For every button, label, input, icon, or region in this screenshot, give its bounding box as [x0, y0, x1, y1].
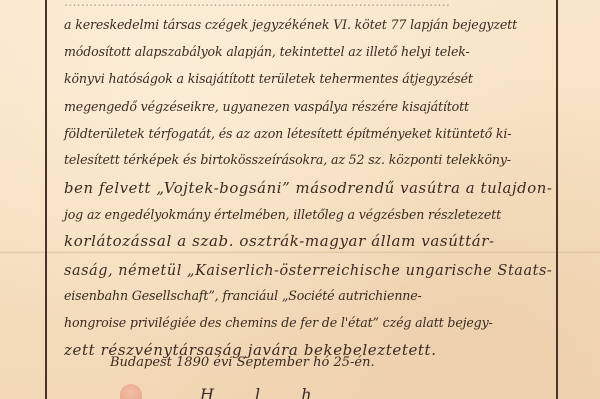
- wax-seal-fragment: [120, 384, 142, 399]
- handwritten-line: …………………………………………………………………………………: [64, 0, 552, 9]
- handwritten-line: a kereskedelmi társas czégek jegyzékének…: [64, 17, 552, 32]
- document-paper: [0, 0, 600, 399]
- cropped-signature-line: H l h: [200, 385, 330, 399]
- handwritten-line: földterületek térfogatát, és az azon lét…: [64, 126, 552, 141]
- left-margin-rule: [45, 0, 47, 399]
- paper-fold-crease: [0, 251, 600, 254]
- place-and-date: Budapest 1890 évi September hó 25-én.: [110, 355, 375, 370]
- right-margin-rule: [556, 0, 558, 399]
- handwritten-line: jog az engedélyokmány értelmében, illető…: [64, 207, 552, 222]
- handwritten-line: eisenbahn Gesellschaft”, franciául „Soci…: [64, 288, 552, 303]
- handwritten-line: hongroise privilégiée des chemins de fer…: [64, 315, 552, 330]
- handwritten-line: korlátozással a szab. osztrák-magyar áll…: [64, 232, 552, 250]
- handwritten-line: könyvi hatóságok a kisajátított területe…: [64, 71, 552, 86]
- handwritten-line: telesített térképek és birtokösszeírások…: [64, 152, 552, 167]
- handwritten-line: megengedő végzéseikre, ugyanezen vaspály…: [64, 99, 552, 114]
- handwritten-line: módosított alapszabályok alapján, tekint…: [64, 44, 552, 59]
- handwritten-line: ben felvett „Vojtek-bogsáni” másodrendű …: [64, 179, 546, 197]
- handwritten-line: saság, németül „Kaiserlich-österreichisc…: [64, 261, 532, 279]
